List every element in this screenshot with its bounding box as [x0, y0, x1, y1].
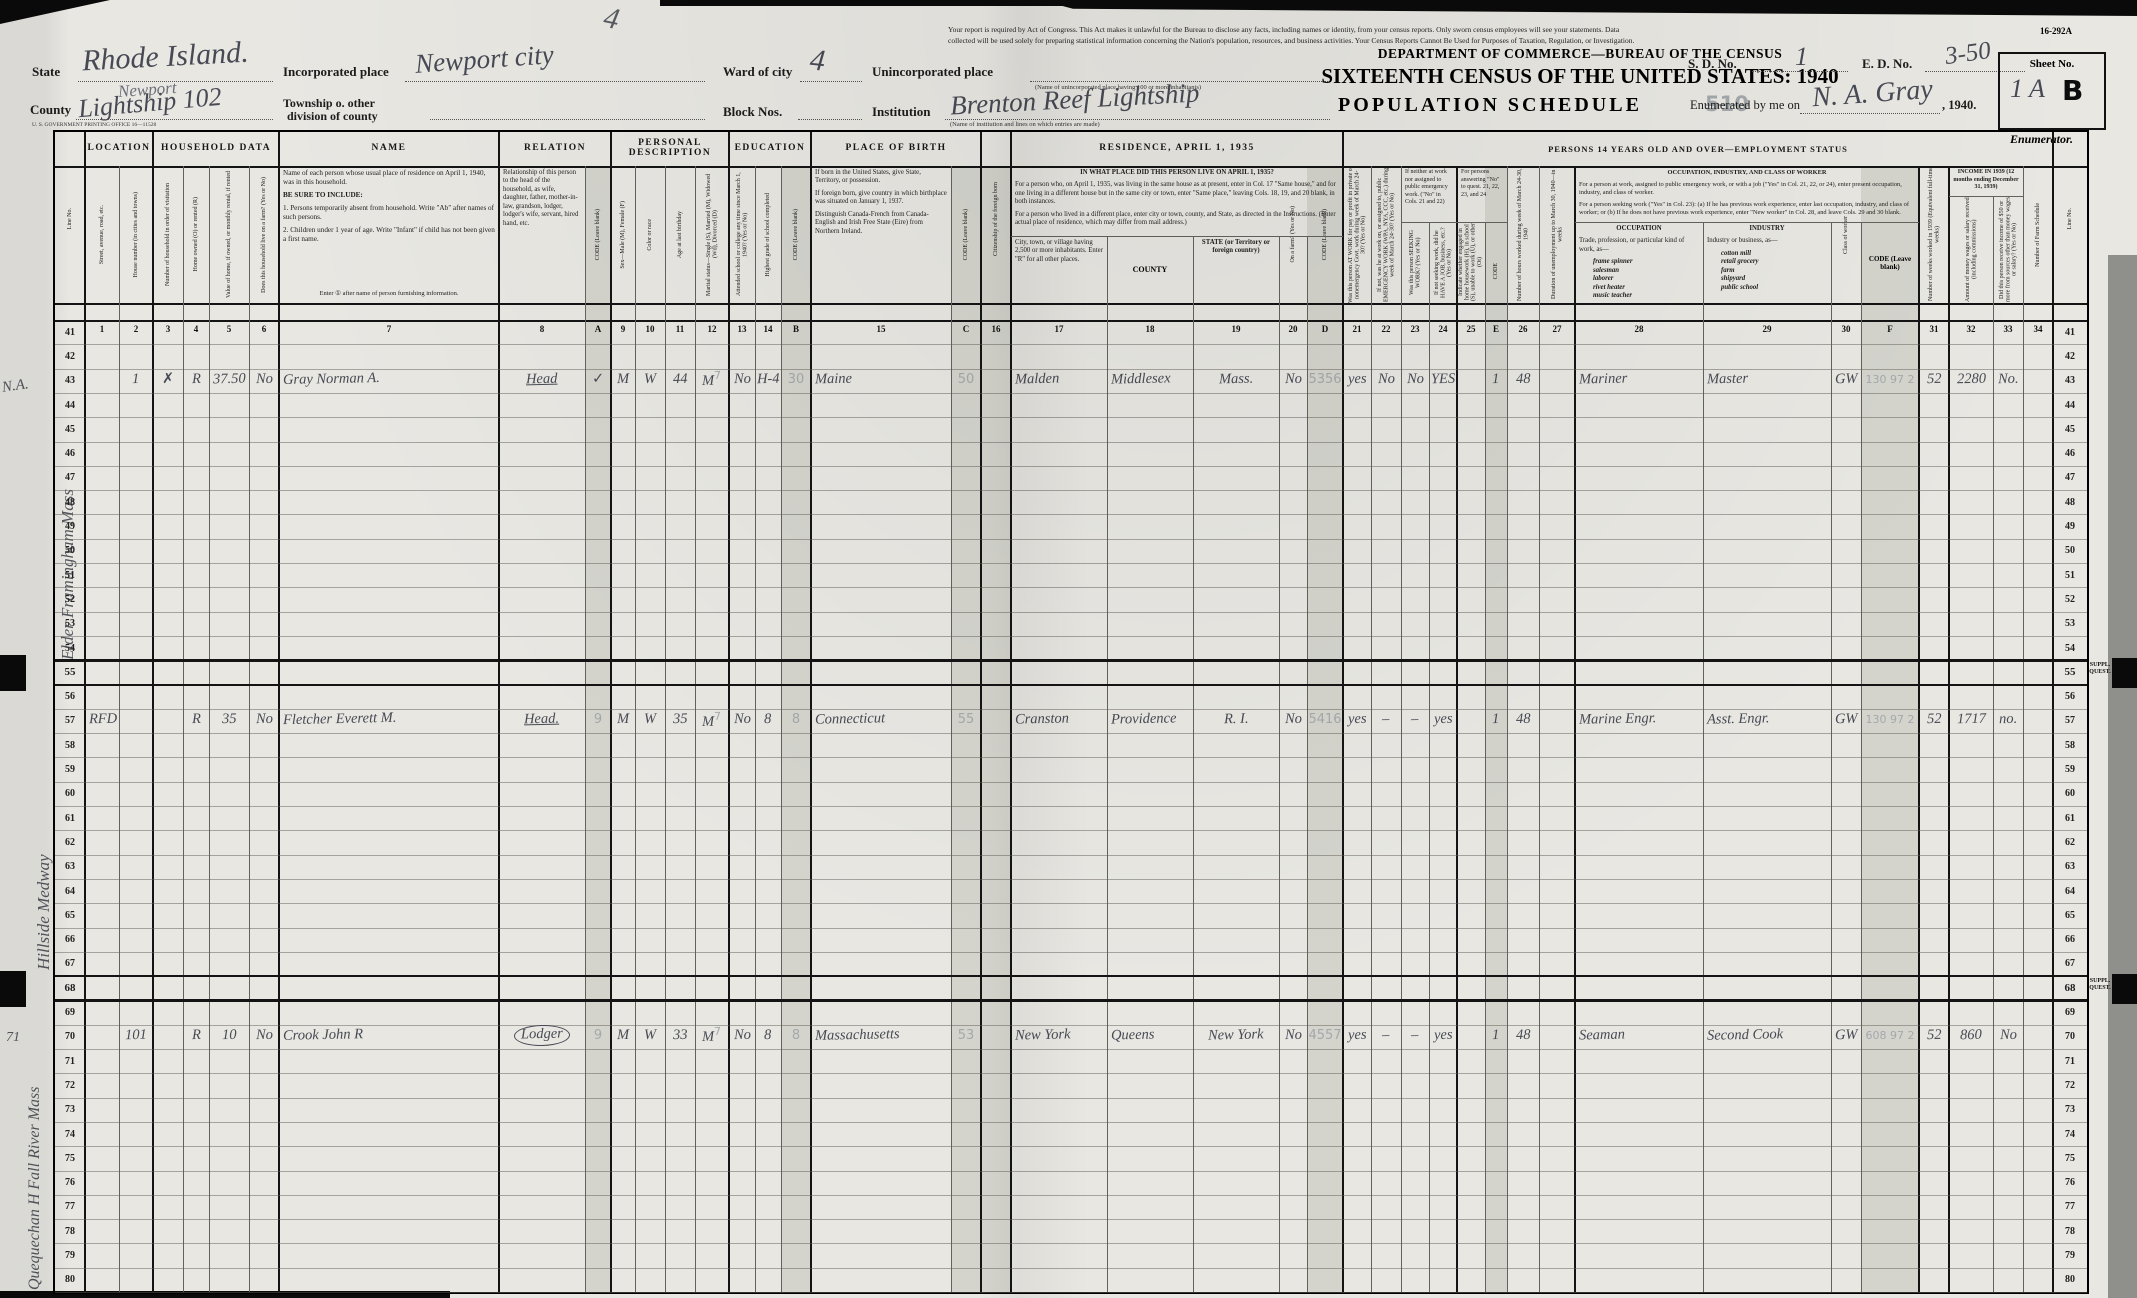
line-number-left-72: 72 — [55, 1073, 85, 1097]
subnote23-line — [1401, 222, 1457, 223]
group-label: PERSONS 14 YEARS OLD AND OVER—EMPLOYMENT… — [1548, 145, 1848, 154]
line-number-left-57: 57 — [55, 709, 85, 733]
cell-value: R — [191, 1027, 200, 1044]
colline-farm35 — [1307, 236, 1308, 1292]
cell-value: No — [1284, 1027, 1301, 1044]
cell-value: no. — [1999, 711, 2017, 728]
cell-43-pob: Maine — [811, 366, 955, 394]
col-header-lineL: Line No. — [55, 134, 85, 303]
line-number-right-78: 78 — [2053, 1219, 2087, 1243]
cell-value: Second Cook — [1707, 1027, 1783, 1046]
row-line-61 — [55, 830, 2087, 831]
name-column-desc: Name of each person whose usual place of… — [279, 166, 499, 303]
group-header-3: RELATION — [499, 132, 611, 166]
line-number-left-46: 46 — [55, 442, 85, 466]
cell-43-relation: Head — [499, 366, 585, 394]
row-line-71 — [55, 1073, 2087, 1074]
row-line-74 — [55, 1146, 2087, 1147]
cell-70-age: 33 — [665, 1022, 695, 1050]
row-line-51 — [55, 587, 2087, 588]
row-line-63 — [55, 879, 2087, 880]
ed-value: 3-50 — [1943, 37, 1992, 71]
cell-value: Massachusetts — [815, 1026, 900, 1045]
cell-57-c22: – — [1371, 706, 1401, 734]
subnote-25: For persons answering "No" to quest. 21,… — [1457, 166, 1507, 222]
stray-pencil-mark: 4 — [601, 1, 623, 37]
cell-value: 48 — [1516, 1027, 1531, 1044]
cell-value: 1 — [1492, 371, 1500, 388]
cell-57-c32: 1717 — [1949, 706, 1993, 734]
line-number-left-48: 48 — [55, 490, 85, 514]
cell-value: 52 — [1927, 371, 1942, 388]
col-header-label: Line No. — [67, 208, 73, 229]
row-line-44 — [55, 417, 2087, 418]
col-header-label: CODE (Leave blank) — [793, 209, 799, 260]
col-header-A: CODE (Leave blank) — [585, 166, 611, 303]
cell-70-sex: M — [611, 1022, 635, 1050]
line-number-right-80: 80 — [2053, 1268, 2087, 1292]
col-header-street: Street, avenue, road, etc. — [85, 166, 119, 303]
scan-black-blob-right-55 — [2112, 658, 2137, 688]
cell-value: 8 — [792, 1028, 800, 1043]
cell-57-farm: No — [249, 706, 279, 734]
col-number-pob: 15 — [811, 320, 951, 337]
col-header-c34: Number of Farm Schedule — [2023, 166, 2053, 303]
cell-57-grade: 8 — [755, 706, 781, 734]
line-number-right-51: 51 — [2053, 563, 2087, 587]
line-number-right-57: 57 — [2053, 709, 2087, 733]
col-header-label: Was this person SEEKING WORK? (Yes or No… — [1409, 222, 1422, 303]
col-number-c25: 25 — [1457, 320, 1485, 337]
row-line-62 — [55, 855, 2087, 856]
cell-value: Master — [1707, 371, 1748, 389]
margin-note-fallriver: Quequechan H Fall River Mass — [26, 1034, 44, 1290]
line-number-right-72: 72 — [2053, 1073, 2087, 1097]
col-header-label: Duration of unemployment up to March 30,… — [1551, 166, 1564, 303]
cell-value: No — [255, 1027, 272, 1044]
cell-value: 55 — [958, 712, 975, 727]
block-label: Block Nos. — [723, 104, 782, 120]
cell-43-c24: YES — [1429, 366, 1457, 394]
col-number-c26: 26 — [1507, 320, 1539, 337]
industry-col-desc: INDUSTRYIndustry or business, as—cotton … — [1703, 222, 1831, 303]
col-number-F: F — [1861, 320, 1919, 337]
cell-value: 9 — [594, 712, 602, 727]
cell-70-c32: 860 — [1949, 1022, 1993, 1050]
line-number-left-67: 67 — [55, 952, 85, 976]
group-label: HOUSEHOLD DATA — [161, 144, 271, 154]
col-number-B: B — [781, 320, 811, 337]
cell-value: M — [617, 371, 629, 388]
cell-43-marital: M7 — [695, 366, 729, 394]
cell-57-farm35: No — [1279, 706, 1307, 734]
col-number-c23: 23 — [1401, 320, 1429, 337]
cell-57-E: 1 — [1485, 706, 1507, 734]
subnote-23-24: If neither at work nor assigned to publi… — [1401, 166, 1457, 222]
cell-value: W — [644, 1027, 656, 1044]
line-number-right-79: 79 — [2053, 1243, 2087, 1267]
row-line-48 — [55, 514, 2087, 515]
cell-70-c26: 48 — [1507, 1022, 1539, 1050]
col-number-school: 13 — [729, 320, 755, 337]
cell-value: No — [1999, 1027, 2016, 1044]
cell-70-city: New York — [1011, 1022, 1111, 1050]
col-header-label: CODE (Leave blank) — [595, 209, 601, 260]
cell-value: W — [644, 371, 656, 388]
cell-value: 33 — [673, 1027, 688, 1044]
F-code-label: CODE (Leave blank) — [1861, 222, 1919, 303]
col-number-occ: 28 — [1575, 320, 1703, 337]
line-number-right-70: 70 — [2053, 1025, 2087, 1049]
line-number-right-62: 62 — [2053, 830, 2087, 854]
row-line-72 — [55, 1098, 2087, 1099]
sd-label: S. D. No. — [1688, 56, 1737, 72]
line-number-left-62: 62 — [55, 830, 85, 854]
cell-43-school: No — [729, 366, 755, 394]
col-number-c34: 34 — [2023, 320, 2053, 337]
income-split-line — [1949, 196, 2023, 197]
row-line-50 — [55, 563, 2087, 564]
col-header-c33: Did this person receive income of $50 or… — [1993, 196, 2023, 303]
group-label: RELATION — [524, 144, 586, 154]
cell-43-c22: No — [1371, 366, 1401, 394]
cell-value: Lodger — [514, 1025, 570, 1047]
unincorporated-label: Unincorporated place — [872, 64, 993, 80]
col-number-state: 19 — [1193, 320, 1279, 337]
line-number-right-76: 76 — [2053, 1171, 2087, 1195]
cell-57-owned: R — [183, 706, 209, 734]
cell-value: 44 — [673, 371, 688, 388]
col-number-hh: 3 — [153, 320, 183, 337]
col-header-c21: Was this person AT WORK for pay or profi… — [1343, 166, 1371, 303]
cell-70-value: 10 — [209, 1022, 249, 1050]
cell-43-state: Mass. — [1193, 366, 1279, 394]
cell-43-city: Malden — [1011, 366, 1111, 394]
schedule-title: POPULATION SCHEDULE — [1280, 94, 1700, 117]
cell-value: M7 — [702, 369, 722, 390]
cell-70-farm: No — [249, 1022, 279, 1050]
line-number-left-65: 65 — [55, 903, 85, 927]
ed-label: E. D. No. — [1862, 56, 1912, 72]
col-header-school: Attended school or college any time sinc… — [729, 166, 755, 303]
cell-43-c33: No. — [1993, 366, 2023, 394]
cell-value: 48 — [1516, 371, 1531, 388]
cell-70-c23: – — [1401, 1022, 1429, 1050]
row-line-80 — [55, 1292, 2087, 1293]
col-number-name: 7 — [279, 320, 499, 337]
county-line — [76, 118, 273, 120]
col-header-house: House number (in cities and towns) — [119, 166, 153, 303]
cell-57-c31: 52 — [1919, 706, 1949, 734]
group-label: EDUCATION — [735, 144, 806, 154]
name-footnote: Enter ① after name of person furnishing … — [283, 290, 495, 298]
col-number-c33: 33 — [1993, 320, 2023, 337]
col-header-farm: Does this household live on a farm? (Yes… — [249, 166, 279, 303]
cell-70-ind: Second Cook — [1703, 1022, 1835, 1050]
cell-value: 1717 — [1956, 711, 1985, 729]
cell-57-pob: Connecticut — [811, 706, 955, 734]
row-line-47 — [55, 490, 2087, 491]
group-label: RESIDENCE, APRIL 1, 1935 — [1099, 144, 1255, 154]
col-header-c31: Number of weeks worked in 1939 (Equivale… — [1919, 166, 1949, 303]
cell-70-D: 4557 — [1307, 1022, 1343, 1050]
line-number-right-59: 59 — [2053, 757, 2087, 781]
col-header-label: If not seeking work, did he HAVE A JOB, … — [1434, 222, 1453, 303]
cell-value: Maine — [815, 371, 852, 389]
cell-value: No — [733, 1027, 750, 1044]
cell-value: No — [255, 711, 272, 728]
col-number-age: 11 — [665, 320, 695, 337]
group-header-1: HOUSEHOLD DATA — [153, 132, 279, 166]
cell-value: No — [255, 371, 272, 388]
cell-43-value: 37.50 — [209, 366, 249, 394]
cell-57-county: Providence — [1107, 706, 1197, 734]
line-number-left-71: 71 — [55, 1049, 85, 1073]
bold-row-top-55 — [55, 659, 2087, 661]
township-line — [430, 118, 705, 120]
line-number-right-74: 74 — [2053, 1122, 2087, 1146]
line-number-right-61: 61 — [2053, 806, 2087, 830]
cell-value: R — [191, 371, 200, 388]
cell-value: New York — [1208, 1027, 1264, 1045]
cell-43-C: 50 — [951, 366, 981, 394]
col-header-label: Age at last birthday — [677, 211, 683, 258]
line-number-left-61: 61 — [55, 806, 85, 830]
cell-70-relation: Lodger — [499, 1022, 585, 1050]
col-header-race: Color or race — [635, 166, 665, 303]
cell-value: 101 — [125, 1027, 147, 1044]
line-number-right-53: 53 — [2053, 612, 2087, 636]
cell-57-c24: yes — [1429, 706, 1457, 734]
row-line-53 — [55, 636, 2087, 637]
line-number-left-47: 47 — [55, 466, 85, 490]
cell-value: M — [617, 711, 629, 728]
col-header-sex: Sex—Male (M), Female (F) — [611, 166, 635, 303]
col-number-street: 1 — [85, 320, 119, 337]
col-header-c32: Amount of money wages or salary received… — [1949, 196, 1993, 303]
group-header-7: RESIDENCE, APRIL 1, 1935 — [1011, 132, 1343, 166]
col-header-label: If not, was he at work on, or assigned t… — [1377, 166, 1396, 303]
sheet-stamp: B — [2062, 74, 2083, 107]
line-number-right-56: 56 — [2053, 685, 2087, 709]
col-number-county: 18 — [1107, 320, 1193, 337]
line-number-right-77: 77 — [2053, 1195, 2087, 1219]
cell-value: Mass. — [1219, 371, 1254, 389]
line-number-right-47: 47 — [2053, 466, 2087, 490]
cell-value: 30 — [788, 372, 805, 387]
col-header-C: CODE (Leave blank) — [951, 166, 981, 303]
col-header-owned: Home owned (O) or rented (R) — [183, 166, 209, 303]
ward-value: 4 — [808, 43, 826, 78]
cell-value: 8 — [764, 1027, 772, 1044]
incorporated-place-line — [405, 80, 705, 82]
row-line-52 — [55, 612, 2087, 613]
cell-value: No — [1284, 371, 1301, 388]
col-header-label: Color or race — [647, 219, 653, 251]
colline-house — [152, 132, 154, 1292]
cell-70-c33: No — [1993, 1022, 2023, 1050]
col-number-c27: 27 — [1539, 320, 1575, 337]
col-header-label: Number of weeks worked in 1939 (Equivale… — [1928, 166, 1941, 303]
cell-70-E: 1 — [1485, 1022, 1507, 1050]
line-number-left-50: 50 — [55, 539, 85, 563]
col-header-grade: Highest grade of school completed — [755, 166, 781, 303]
cell-value: No — [733, 711, 750, 728]
ward-line — [800, 80, 862, 82]
cell-value: ✗ — [162, 371, 175, 388]
block-line — [798, 118, 862, 120]
col-number-c24: 24 — [1429, 320, 1457, 337]
cell-value: 53 — [958, 1028, 975, 1043]
line-number-right-49: 49 — [2053, 514, 2087, 538]
row-line-59 — [55, 782, 2087, 783]
col-number-farm: 6 — [249, 320, 279, 337]
cell-43-occ: Mariner — [1575, 366, 1707, 394]
cell-value: Middlesex — [1111, 371, 1171, 389]
margin-note-71: 71 — [6, 1030, 20, 1046]
line-number-left-63: 63 — [55, 855, 85, 879]
pob-column-desc: If born in the United States, give State… — [811, 166, 951, 303]
cell-70-grade: 8 — [755, 1022, 781, 1050]
row-line-66 — [55, 952, 2087, 953]
col-header-label: Home owned (O) or rented (R) — [193, 197, 199, 271]
cell-value: 1 — [1492, 1027, 1500, 1044]
city-col-desc: City, town, or village having 2,500 or m… — [1011, 236, 1107, 303]
cell-value: R — [191, 711, 200, 728]
group-label: PERSONAL DESCRIPTION — [611, 139, 729, 159]
group-header-2: NAME — [279, 132, 499, 166]
scan-gray-edge-right — [2108, 255, 2137, 1298]
cell-43-A: ✓ — [585, 366, 611, 394]
cell-value: 130 97 2 — [1866, 713, 1915, 726]
cell-value: – — [1382, 1027, 1390, 1044]
row-line-79 — [55, 1268, 2087, 1269]
line-number-left-59: 59 — [55, 757, 85, 781]
row-line-64 — [55, 903, 2087, 904]
line-number-left-49: 49 — [55, 514, 85, 538]
suppl-quest-68: SUPPL.QUEST. — [2088, 978, 2112, 992]
cell-57-ind: Asst. Engr. — [1703, 706, 1835, 734]
line-number-right-58: 58 — [2053, 733, 2087, 757]
cell-value: ✓ — [592, 371, 605, 388]
col-header-label: Did this person receive income of $50 or… — [1999, 196, 2018, 303]
margin-note-medway: Hillside Medway — [34, 730, 54, 970]
county-label: County — [30, 102, 71, 118]
bold-row-bottom-68 — [55, 999, 2087, 1001]
cell-70-farm35: No — [1279, 1022, 1307, 1050]
cell-57-race: W — [635, 706, 665, 734]
cell-70-race: W — [635, 1022, 665, 1050]
col-number-citizen: 16 — [981, 320, 1011, 337]
colline-city — [1107, 236, 1108, 1292]
institution-line — [945, 118, 1330, 120]
cell-value: 9 — [594, 1028, 602, 1043]
cell-43-house: 1 — [119, 366, 153, 394]
cell-value: 130 97 2 — [1866, 373, 1915, 386]
line-number-left-75: 75 — [55, 1146, 85, 1170]
cell-70-c24: yes — [1429, 1022, 1457, 1050]
cell-57-name: Fletcher Everett M. — [279, 706, 503, 734]
line-number-left-53: 53 — [55, 612, 85, 636]
line-number-left-56: 56 — [55, 685, 85, 709]
col-header-c27: Duration of unemployment up to March 30,… — [1539, 166, 1575, 303]
cell-43-grade: H-4 — [755, 366, 781, 394]
suppl-quest-55: SUPPL.QUEST. — [2088, 662, 2112, 676]
line-number-left-52: 52 — [55, 587, 85, 611]
cell-value: 8 — [792, 712, 800, 727]
cell-value: 1 — [132, 371, 140, 388]
cell-value: R. I. — [1224, 711, 1249, 729]
state-value: Rhode Island. — [81, 36, 249, 79]
cell-value: 48 — [1516, 711, 1531, 728]
line-number-left-70: 70 — [55, 1025, 85, 1049]
cell-43-farm: No — [249, 366, 279, 394]
cell-57-city: Cranston — [1011, 706, 1111, 734]
col-header-c22: If not, was he at work on, or assigned t… — [1371, 166, 1401, 303]
bold-row-top-68 — [55, 975, 2087, 977]
cell-43-c21: yes — [1343, 366, 1371, 394]
scan-black-blob-left-55 — [0, 655, 26, 691]
cell-value: Queens — [1111, 1027, 1155, 1045]
col-header-marital: Marital status—Single (S), Married (M), … — [695, 166, 729, 303]
cell-value: – — [1411, 1027, 1419, 1044]
cell-value: – — [1382, 711, 1390, 728]
line-number-left-41: 41 — [55, 320, 85, 344]
incorporated-place-label: Incorporated place — [283, 64, 389, 80]
cell-value: 2280 — [1956, 371, 1985, 389]
col-header-label: House number (in cities and towns) — [133, 192, 139, 277]
line-number-left-73: 73 — [55, 1098, 85, 1122]
row-line-46 — [55, 466, 2087, 467]
cell-value: M7 — [702, 1025, 722, 1046]
cell-43-hh: ✗ — [153, 366, 183, 394]
col-number-farm35: 20 — [1279, 320, 1307, 337]
cell-43-c31: 52 — [1919, 366, 1949, 394]
col-number-ind: 29 — [1703, 320, 1831, 337]
cell-70-school: No — [729, 1022, 755, 1050]
cell-70-house: 101 — [119, 1022, 153, 1050]
cell-value: M7 — [702, 709, 722, 730]
col-number-c31: 31 — [1919, 320, 1949, 337]
col-header-c24: If not seeking work, did he HAVE A JOB, … — [1429, 222, 1457, 303]
cell-57-state: R. I. — [1193, 706, 1279, 734]
line-number-right-71: 71 — [2053, 1049, 2087, 1073]
group-header-4: PERSONAL DESCRIPTION — [611, 132, 729, 166]
col-number-value: 5 — [209, 320, 249, 337]
cell-value: yes — [1434, 1027, 1453, 1044]
line-number-left-78: 78 — [55, 1219, 85, 1243]
scan-black-band-topright — [1040, 0, 2137, 16]
line-number-right-75: 75 — [2053, 1146, 2087, 1170]
cell-57-relation: Head. — [499, 706, 585, 734]
cell-value: No. — [1998, 371, 2019, 388]
cell-70-occ: Seaman — [1575, 1022, 1707, 1050]
row-line-65 — [55, 928, 2087, 929]
cell-57-marital: M7 — [695, 706, 729, 734]
line-number-left-69: 69 — [55, 1000, 85, 1024]
col-number-A: A — [585, 320, 611, 337]
line-number-left-79: 79 — [55, 1243, 85, 1267]
cell-43-race: W — [635, 366, 665, 394]
cell-70-state: New York — [1193, 1022, 1279, 1050]
cell-70-county: Queens — [1107, 1022, 1197, 1050]
line-number-right-60: 60 — [2053, 782, 2087, 806]
cell-43-E: 1 — [1485, 366, 1507, 394]
col-header-c26: Number of hours worked during week of Ma… — [1507, 166, 1539, 303]
col-header-lineR: Line No. — [2053, 134, 2087, 303]
col-header-label: Marital status—Single (S), Married (M), … — [706, 166, 719, 303]
line-number-left-76: 76 — [55, 1171, 85, 1195]
